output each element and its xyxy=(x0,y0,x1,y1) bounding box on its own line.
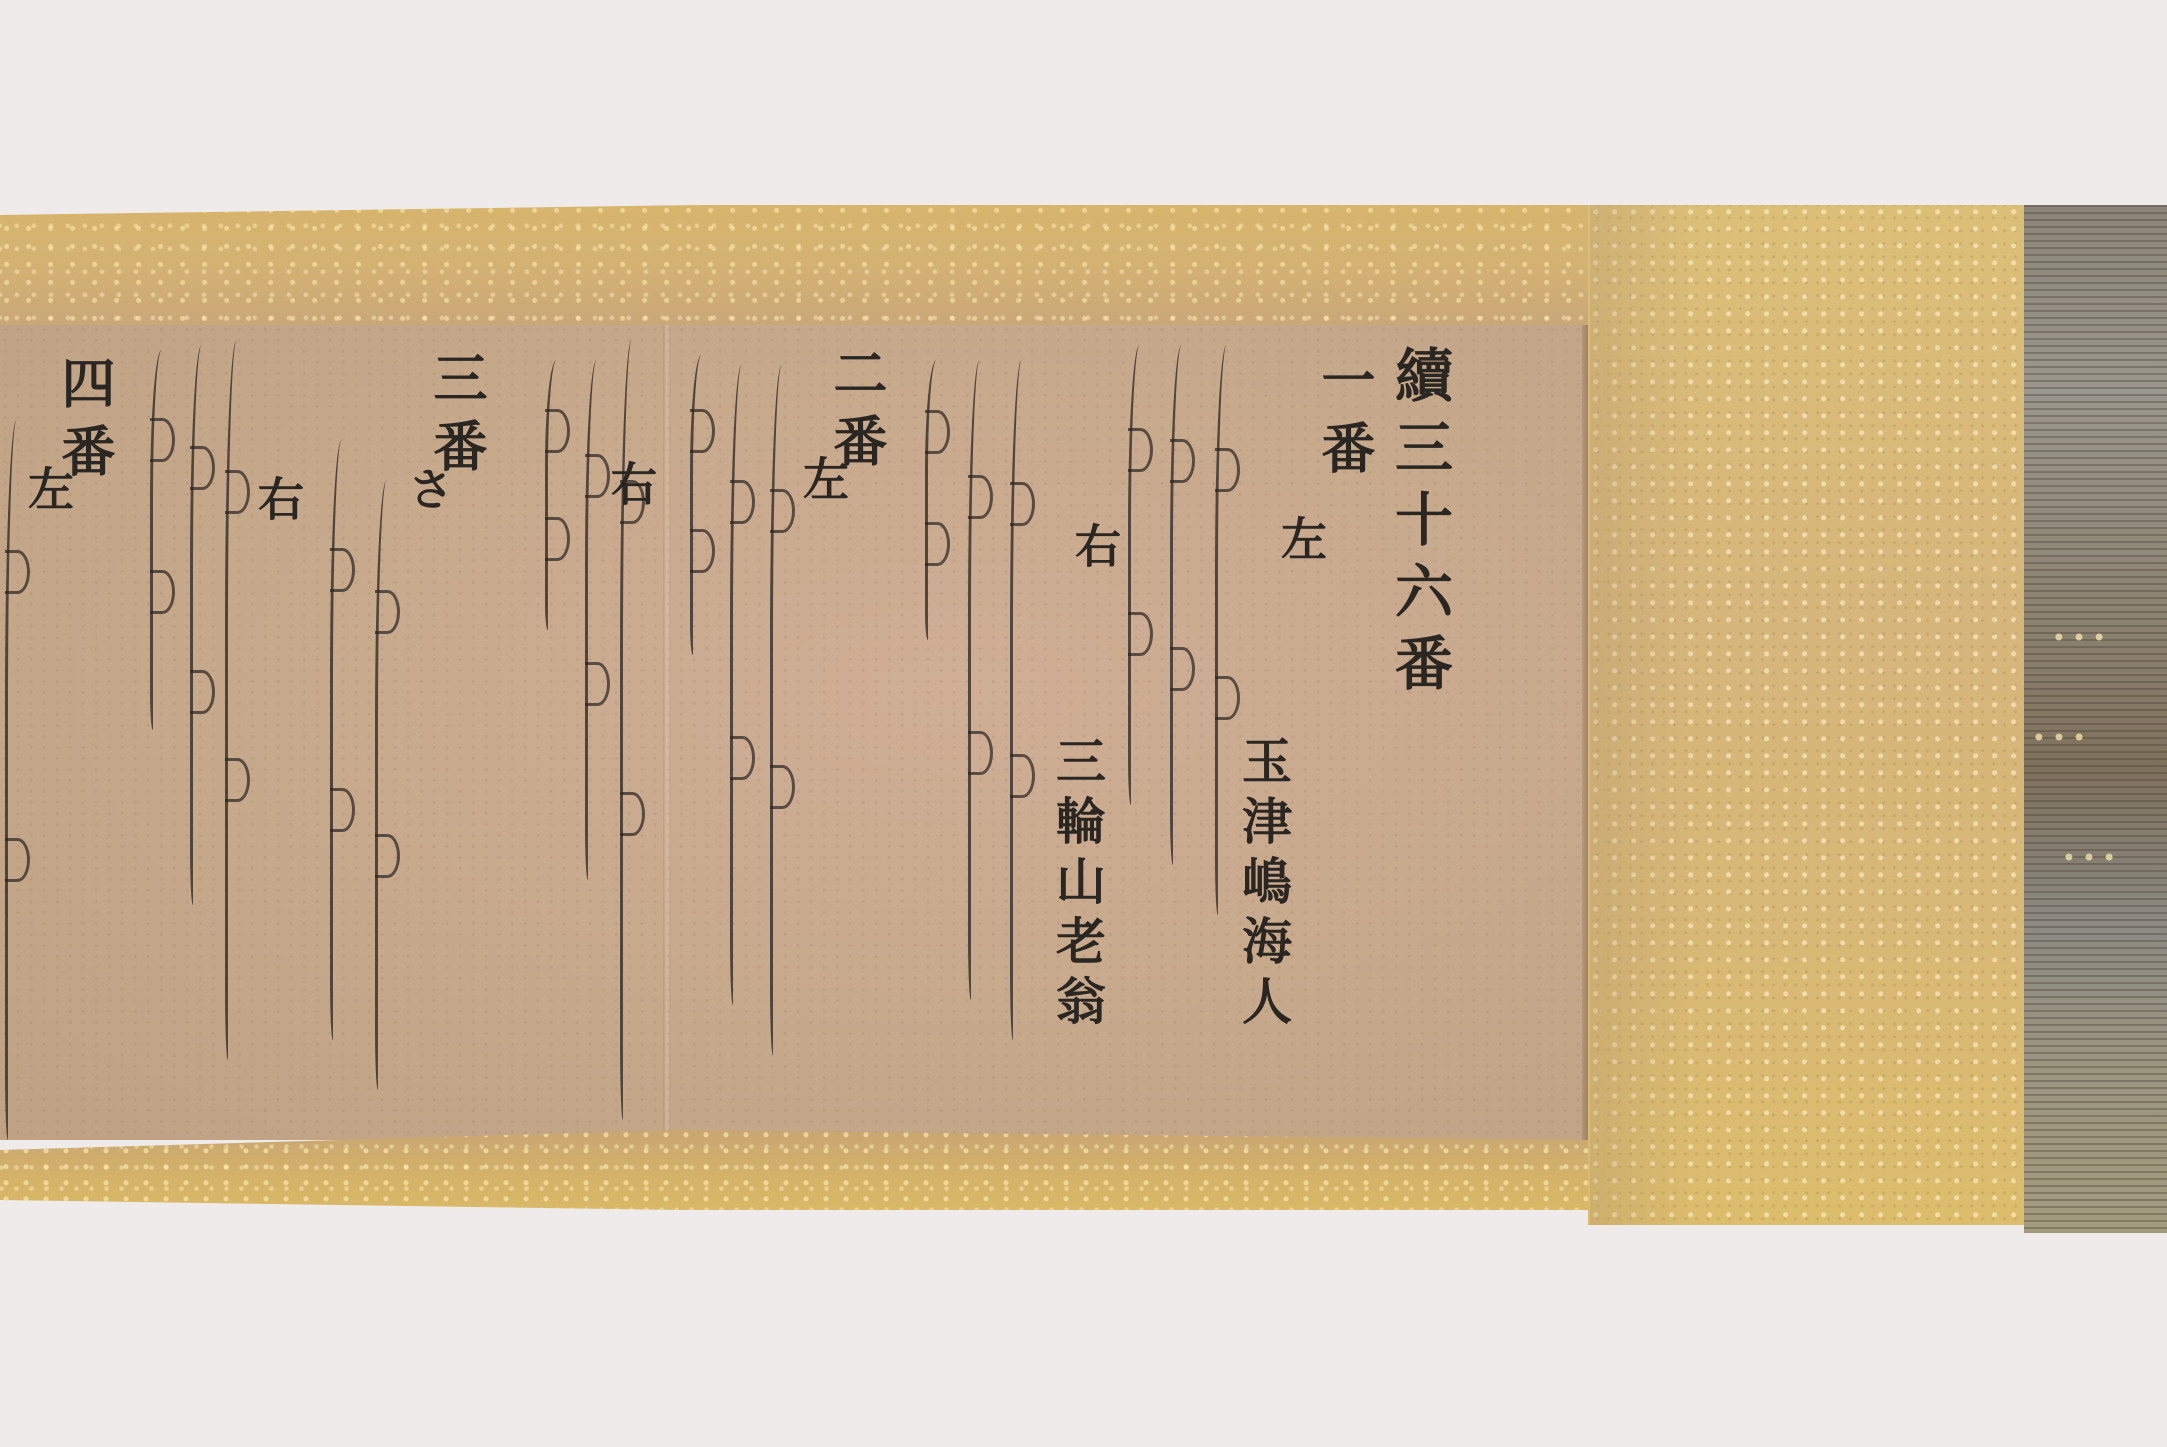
brocade-motif: ꔷ ꔷ ꔷ xyxy=(2034,725,2086,749)
poem-column xyxy=(1010,360,1039,1040)
section-3-left-label: さ xyxy=(405,465,451,519)
scroll-title: 續三十六番 xyxy=(1390,345,1448,705)
poem-column xyxy=(690,355,719,655)
poem-column xyxy=(620,340,649,1120)
section-1-left-label: 左 xyxy=(1278,515,1324,569)
handscroll: ꔷ ꔷ ꔷ ꔷ ꔷ ꔷ ꔷ ꔷ ꔷ 續三十六番 一番 左 玉津嶋海人 右 三輪山… xyxy=(0,0,2167,1447)
section-1-number: 一番 xyxy=(1318,352,1372,488)
section-2-left-label: 左 xyxy=(800,455,846,509)
gold-leaf-top-border xyxy=(0,205,1590,335)
poem-column xyxy=(925,360,954,640)
section-1-right-poet: 三輪山老翁 xyxy=(1052,735,1102,1035)
poem-column xyxy=(585,360,614,880)
brocade-cover: ꔷ ꔷ ꔷ ꔷ ꔷ ꔷ ꔷ ꔷ ꔷ xyxy=(2024,205,2167,1233)
poem-column xyxy=(1170,345,1199,865)
section-1-right-label: 右 xyxy=(1072,522,1118,576)
section-1-left-poet: 玉津嶋海人 xyxy=(1238,735,1288,1035)
poem-column xyxy=(190,345,219,905)
poem-column xyxy=(545,360,574,630)
poem-column xyxy=(1128,345,1157,805)
poem-column xyxy=(5,420,34,1140)
brocade-motif: ꔷ ꔷ ꔷ xyxy=(2064,845,2116,869)
section-3-right-label: 右 xyxy=(255,475,301,529)
poem-column xyxy=(1215,345,1244,915)
paper-seam xyxy=(663,325,671,1140)
poem-column xyxy=(225,340,254,1060)
poem-column xyxy=(968,360,997,1000)
poem-column xyxy=(730,365,759,1005)
poem-column xyxy=(770,365,799,1055)
poem-column xyxy=(375,480,404,1090)
poem-column xyxy=(150,350,179,730)
poem-column xyxy=(330,440,359,1040)
mounting-shadow xyxy=(1590,205,1695,1225)
brocade-motif: ꔷ ꔷ ꔷ xyxy=(2054,625,2106,649)
gold-leaf-bottom-border xyxy=(0,1130,1590,1230)
